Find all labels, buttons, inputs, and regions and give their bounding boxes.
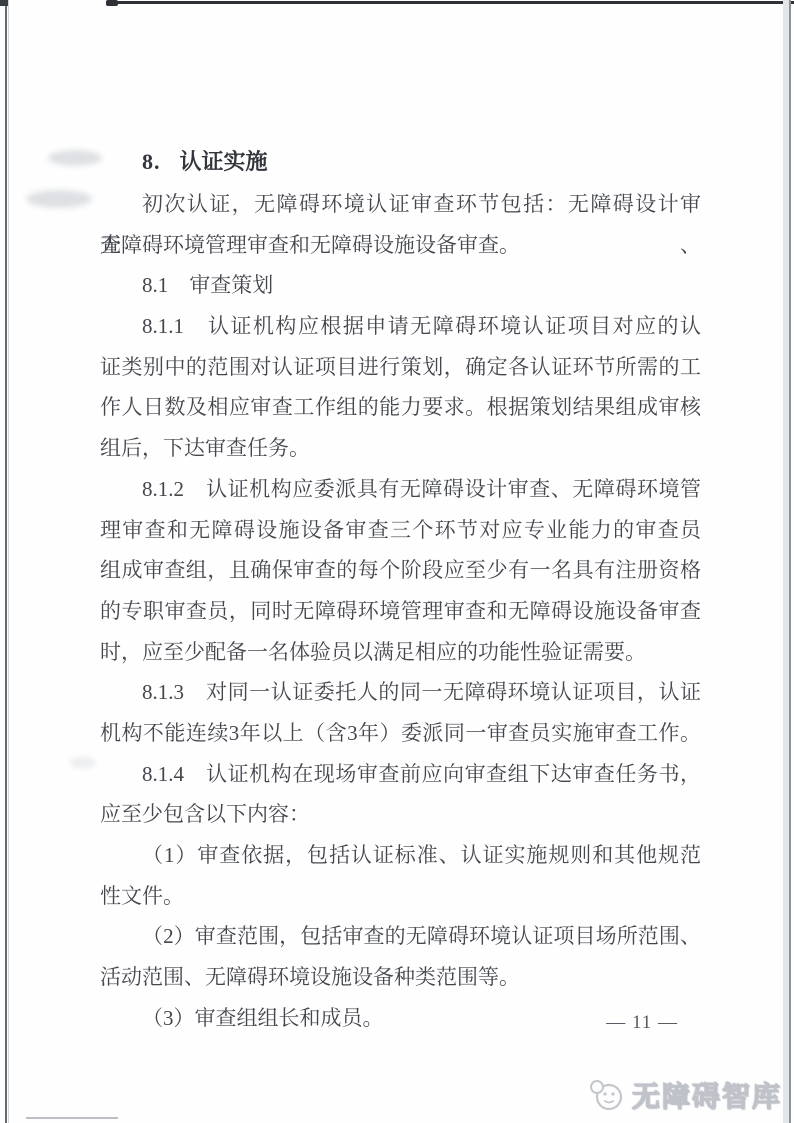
- doc-line: 活动范围、无障碍环境设施设备种类范围等。: [100, 957, 701, 998]
- scan-edge-left: [5, 0, 7, 1123]
- scan-smudge: [48, 150, 102, 166]
- document-page: 8.认证实施 初次认证，无障碍环境认证审查环节包括：无障碍设计审查、 无障碍环境…: [0, 0, 794, 1123]
- page-number: — 11 —: [606, 1012, 678, 1034]
- doc-line: 8.1.2 认证机构应委派具有无障碍设计审查、无障碍环境管: [100, 469, 701, 510]
- subsection-heading: 8.1 审查策划: [100, 265, 701, 306]
- doc-line: 机构不能连续3年以上（含3年）委派同一审查员实施审查工作。: [100, 713, 701, 754]
- doc-line: 8.1.3 对同一认证委托人的同一无障碍环境认证项目，认证: [100, 672, 701, 713]
- doc-line: 证类别中的范围对认证项目进行策划，确定各认证环节所需的工: [100, 347, 701, 388]
- doc-line: 初次认证，无障碍环境认证审查环节包括：无障碍设计审查、: [100, 184, 701, 225]
- doc-line: 应至少包含以下内容：: [100, 794, 701, 835]
- scan-edge-top-blob: [106, 0, 118, 6]
- scan-corner-top-left: [0, 0, 8, 6]
- watermark-text: 无障碍智库: [632, 1075, 782, 1115]
- doc-line: 性文件。: [100, 876, 701, 917]
- scan-smudge: [70, 757, 96, 768]
- document-content: 8.认证实施 初次认证，无障碍环境认证审查环节包括：无障碍设计审查、 无障碍环境…: [100, 140, 701, 1038]
- scan-edge-bottom-left: [26, 1117, 118, 1119]
- doc-line: 作人日数及相应审查工作组的能力要求。根据策划结果组成审核: [100, 387, 701, 428]
- doc-line: 理审查和无障碍设施设备审查三个环节对应专业能力的审查员: [100, 510, 701, 551]
- doc-line: 的专职审查员，同时无障碍环境管理审查和无障碍设施设备审查: [100, 591, 701, 632]
- scan-edge-top: [108, 1, 794, 4]
- doc-line: 8.1.1 认证机构应根据申请无障碍环境认证项目对应的认: [100, 306, 701, 347]
- doc-line: 8.1.4 认证机构在现场审查前应向审查组下达审查任务书，: [100, 754, 701, 795]
- doc-line: （1）审查依据，包括认证标准、认证实施规则和其他规范: [100, 835, 701, 876]
- scan-edge-right: [789, 0, 791, 1123]
- section-heading: 8.认证实施: [100, 140, 701, 184]
- scan-edge-left-light: [8, 0, 9, 1123]
- watermark-logo: 无障碍智库: [587, 1075, 782, 1115]
- section-number: 8.: [142, 149, 161, 174]
- doc-line: 组后，下达审查任务。: [100, 428, 701, 469]
- mascot-icon: [587, 1078, 625, 1112]
- doc-line: 时，应至少配备一名体验员以满足相应的功能性验证需要。: [100, 632, 701, 673]
- doc-line: （2）审查范围，包括审查的无障碍环境认证项目场所范围、: [100, 916, 701, 957]
- doc-line: 组成审查组，且确保审查的每个阶段应至少有一名具有注册资格: [100, 550, 701, 591]
- section-title: 认证实施: [180, 149, 268, 174]
- scan-smudge: [26, 190, 92, 208]
